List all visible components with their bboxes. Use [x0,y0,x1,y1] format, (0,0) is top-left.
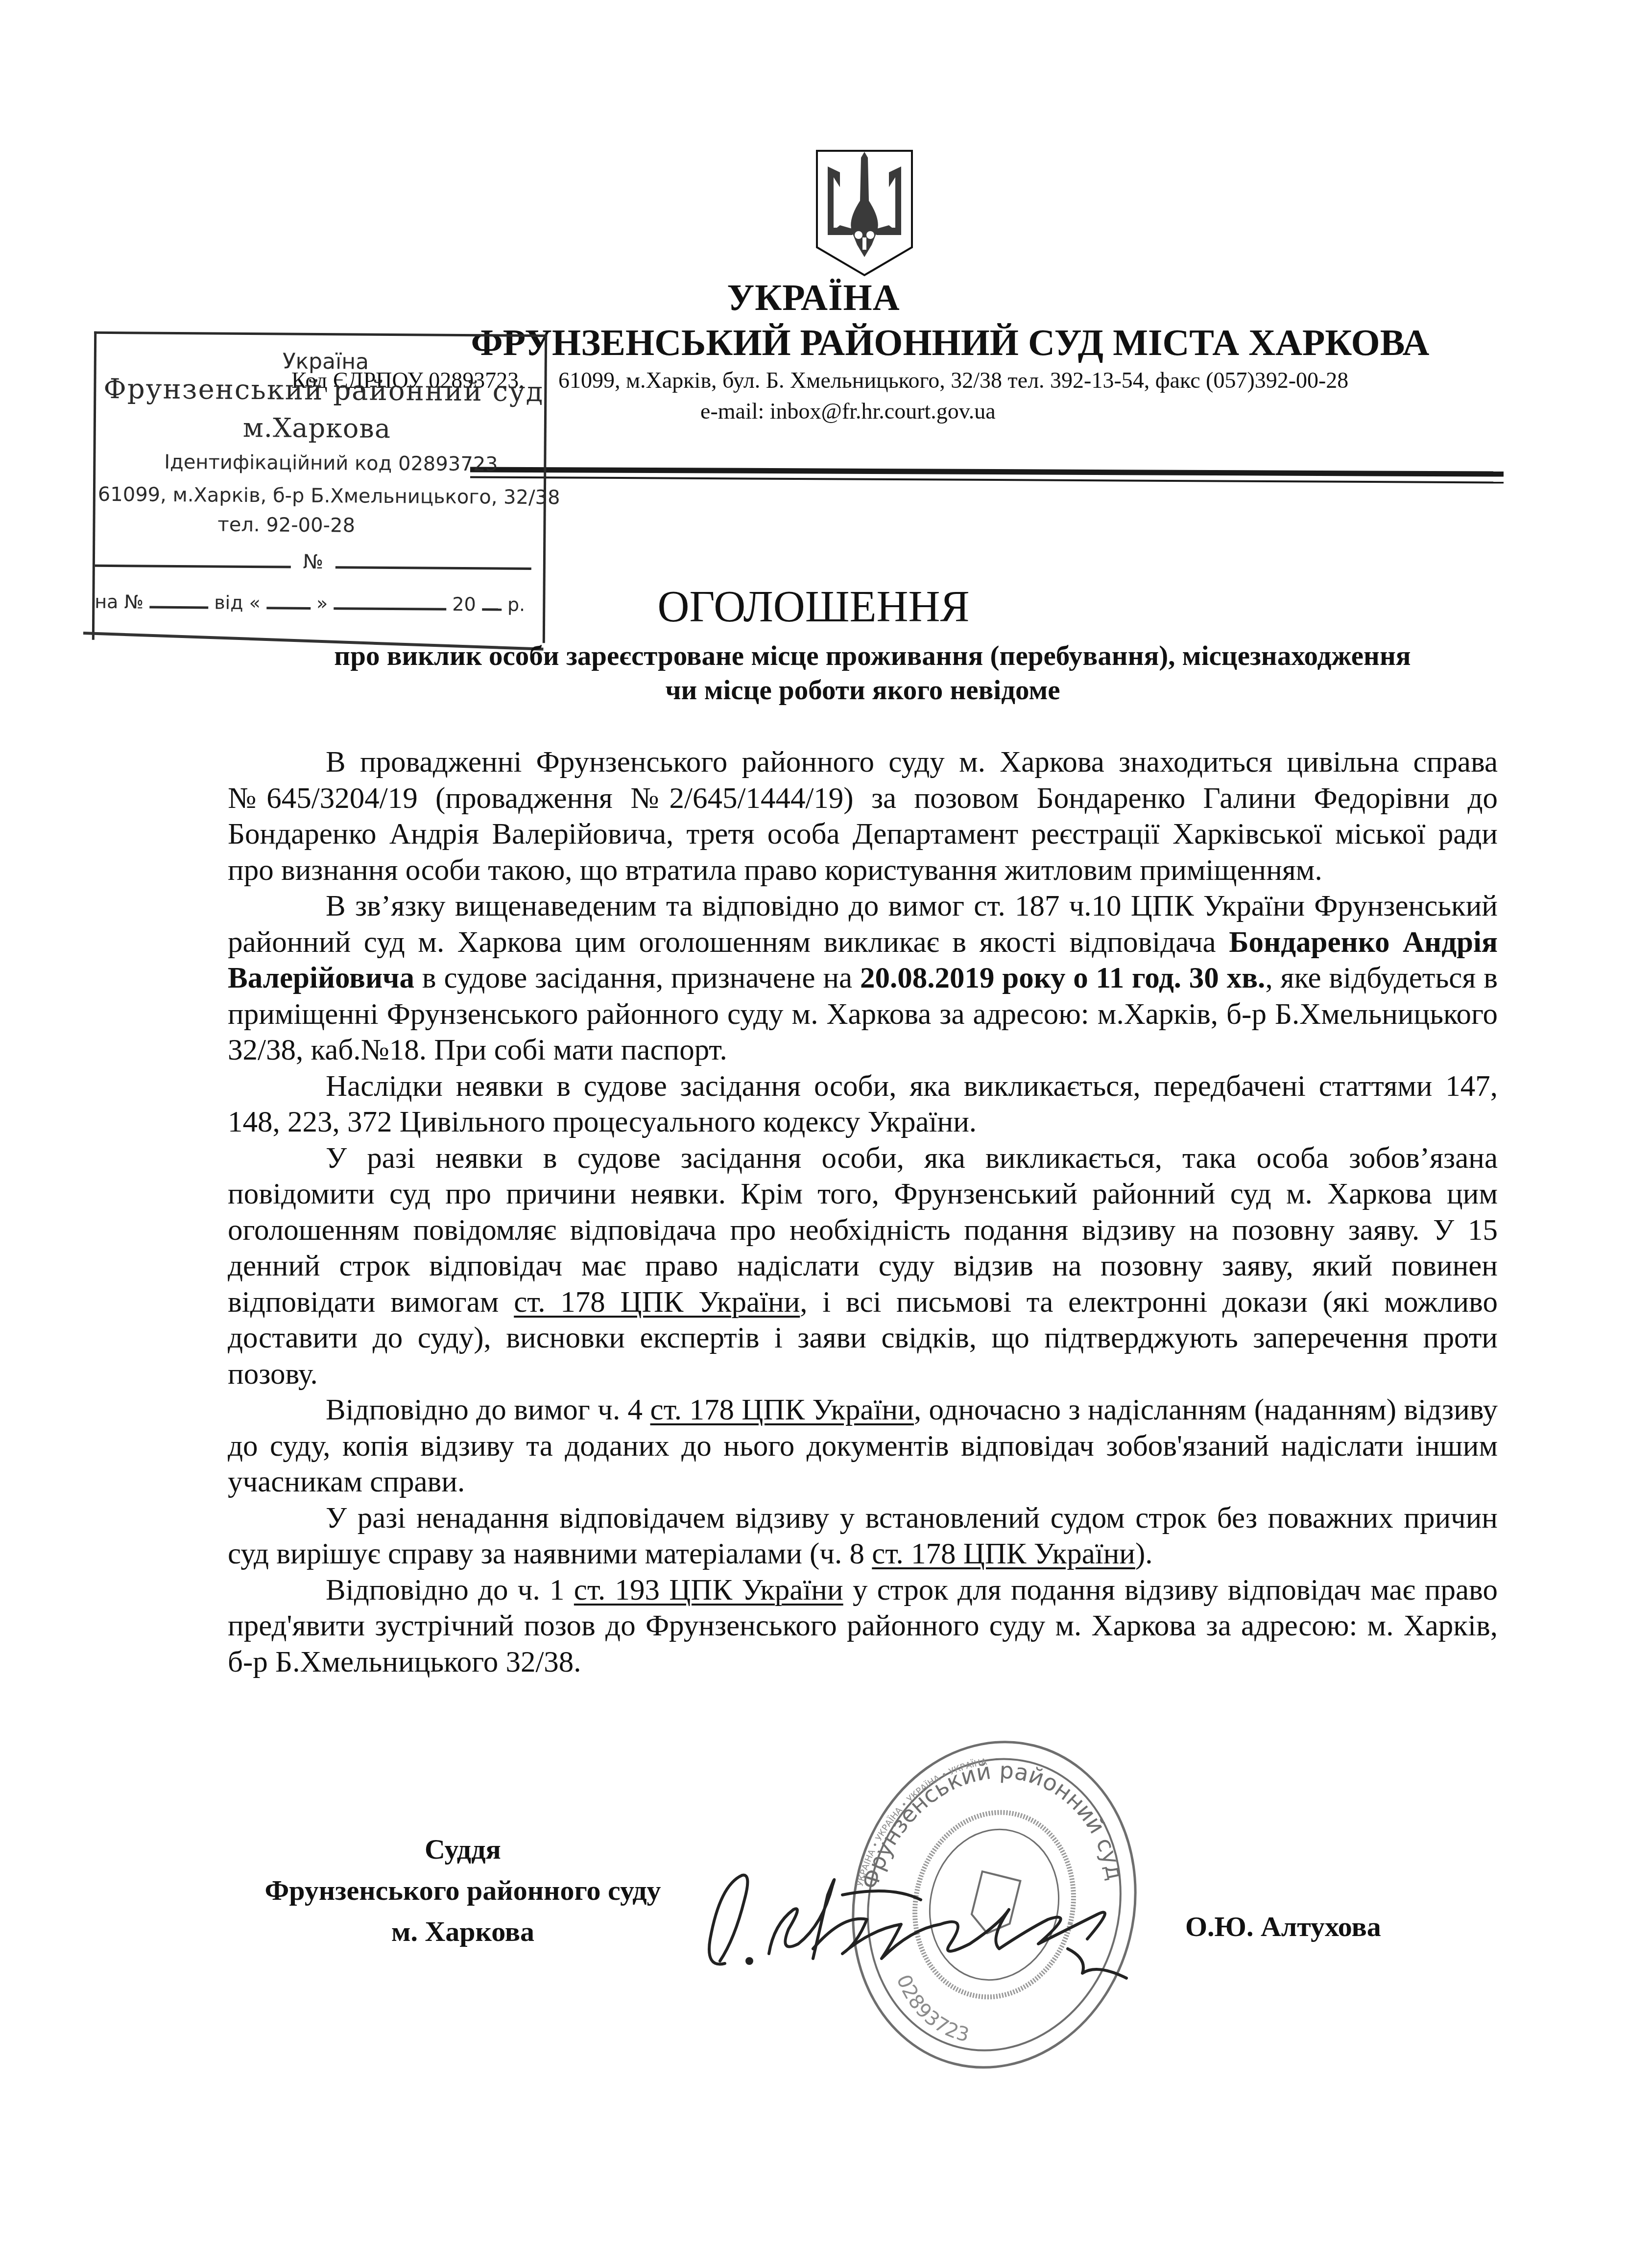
paragraph-no-response: У разі ненадання відповідачем відзиву у … [228,1500,1498,1572]
paragraph-case-info: В провадженні Фрунзенського районного су… [228,744,1498,888]
paragraph-summons: В зв’язку вищенаведеним та відповідно до… [228,888,1498,1068]
stamp-court: Фрунзенський районний суд [103,373,544,408]
law-link-art-193[interactable]: ст. 193 ЦПК України [574,1574,843,1606]
subtitle-line-2: чи місце роботи якого невідоме [228,673,1498,708]
stamp-outgoing-number-row: № [95,549,536,582]
stamp-address: 61099, м.Харків, б-р Б.Хмельницького, 32… [98,483,560,509]
stamp-number-sign: № [303,551,323,573]
header-country: УКРАЇНА [0,278,1627,317]
document-subtitle: про виклик особи зареєстроване місце про… [228,639,1498,708]
stamp-date-blank [95,550,291,568]
paragraph-copy-duty: Відповідно до вимог ч. 4 ст. 178 ЦПК Укр… [228,1392,1498,1500]
paragraph-consequences: Наслідки неявки в судове засідання особи… [228,1068,1498,1140]
counterclaim-text-a: Відповідно до ч. 1 [326,1574,574,1606]
stamp-number-blank [335,551,531,570]
judge-role-line-3: м. Харкова [228,1911,698,1952]
no-response-text-b: ). [1135,1537,1153,1570]
paragraph-counterclaim: Відповідно до ч. 1 ст. 193 ЦПК України у… [228,1572,1498,1680]
no-response-text-a: У разі ненадання відповідачем відзиву у … [228,1502,1498,1571]
header-address: 61099, м.Харків, бул. Б. Хмельницького, … [558,368,1348,393]
header-email: e-mail: inbox@fr.hr.court.gov.ua [700,399,996,424]
judge-role-line-2: Фрунзенського районного суду [228,1870,698,1911]
stamp-id-code: Ідентифікаційний код 02893723 [164,451,498,476]
judge-name: О.Ю. Алтухова [1185,1910,1381,1944]
law-link-art-178-p4[interactable]: ст. 178 ЦПК України [650,1394,914,1426]
summons-text-b: в судове засідання, призначене на [414,962,860,994]
subtitle-line-1: про виклик особи зареєстроване місце про… [247,639,1498,673]
handwritten-signature-icon [695,1856,1166,1983]
header-divider-thick [470,467,1504,476]
header-divider-thin [470,476,1504,483]
law-link-art-178[interactable]: ст. 178 ЦПК України [514,1286,800,1319]
hearing-datetime: 20.08.2019 року о 11 год. 30 хв. [860,962,1265,994]
law-link-art-178-p8[interactable]: ст. 178 ЦПК України [872,1537,1135,1570]
copy-text-a: Відповідно до вимог ч. 4 [326,1394,650,1426]
stamp-country: Україна [283,349,369,374]
coat-of-arms-icon [813,147,916,279]
document-title: ОГОЛОШЕННЯ [0,584,1627,631]
judge-title: Суддя Фрунзенського районного суду м. Ха… [228,1829,698,1952]
paragraph-response-duty: У разі неявки в судове засідання особи, … [228,1140,1498,1393]
stamp-city: м.Харкова [243,412,391,444]
judge-role-line-1: Суддя [228,1829,698,1870]
stamp-phone: тел. 92-00-28 [217,514,355,537]
document-body: В провадженні Фрунзенського районного су… [228,744,1498,1680]
